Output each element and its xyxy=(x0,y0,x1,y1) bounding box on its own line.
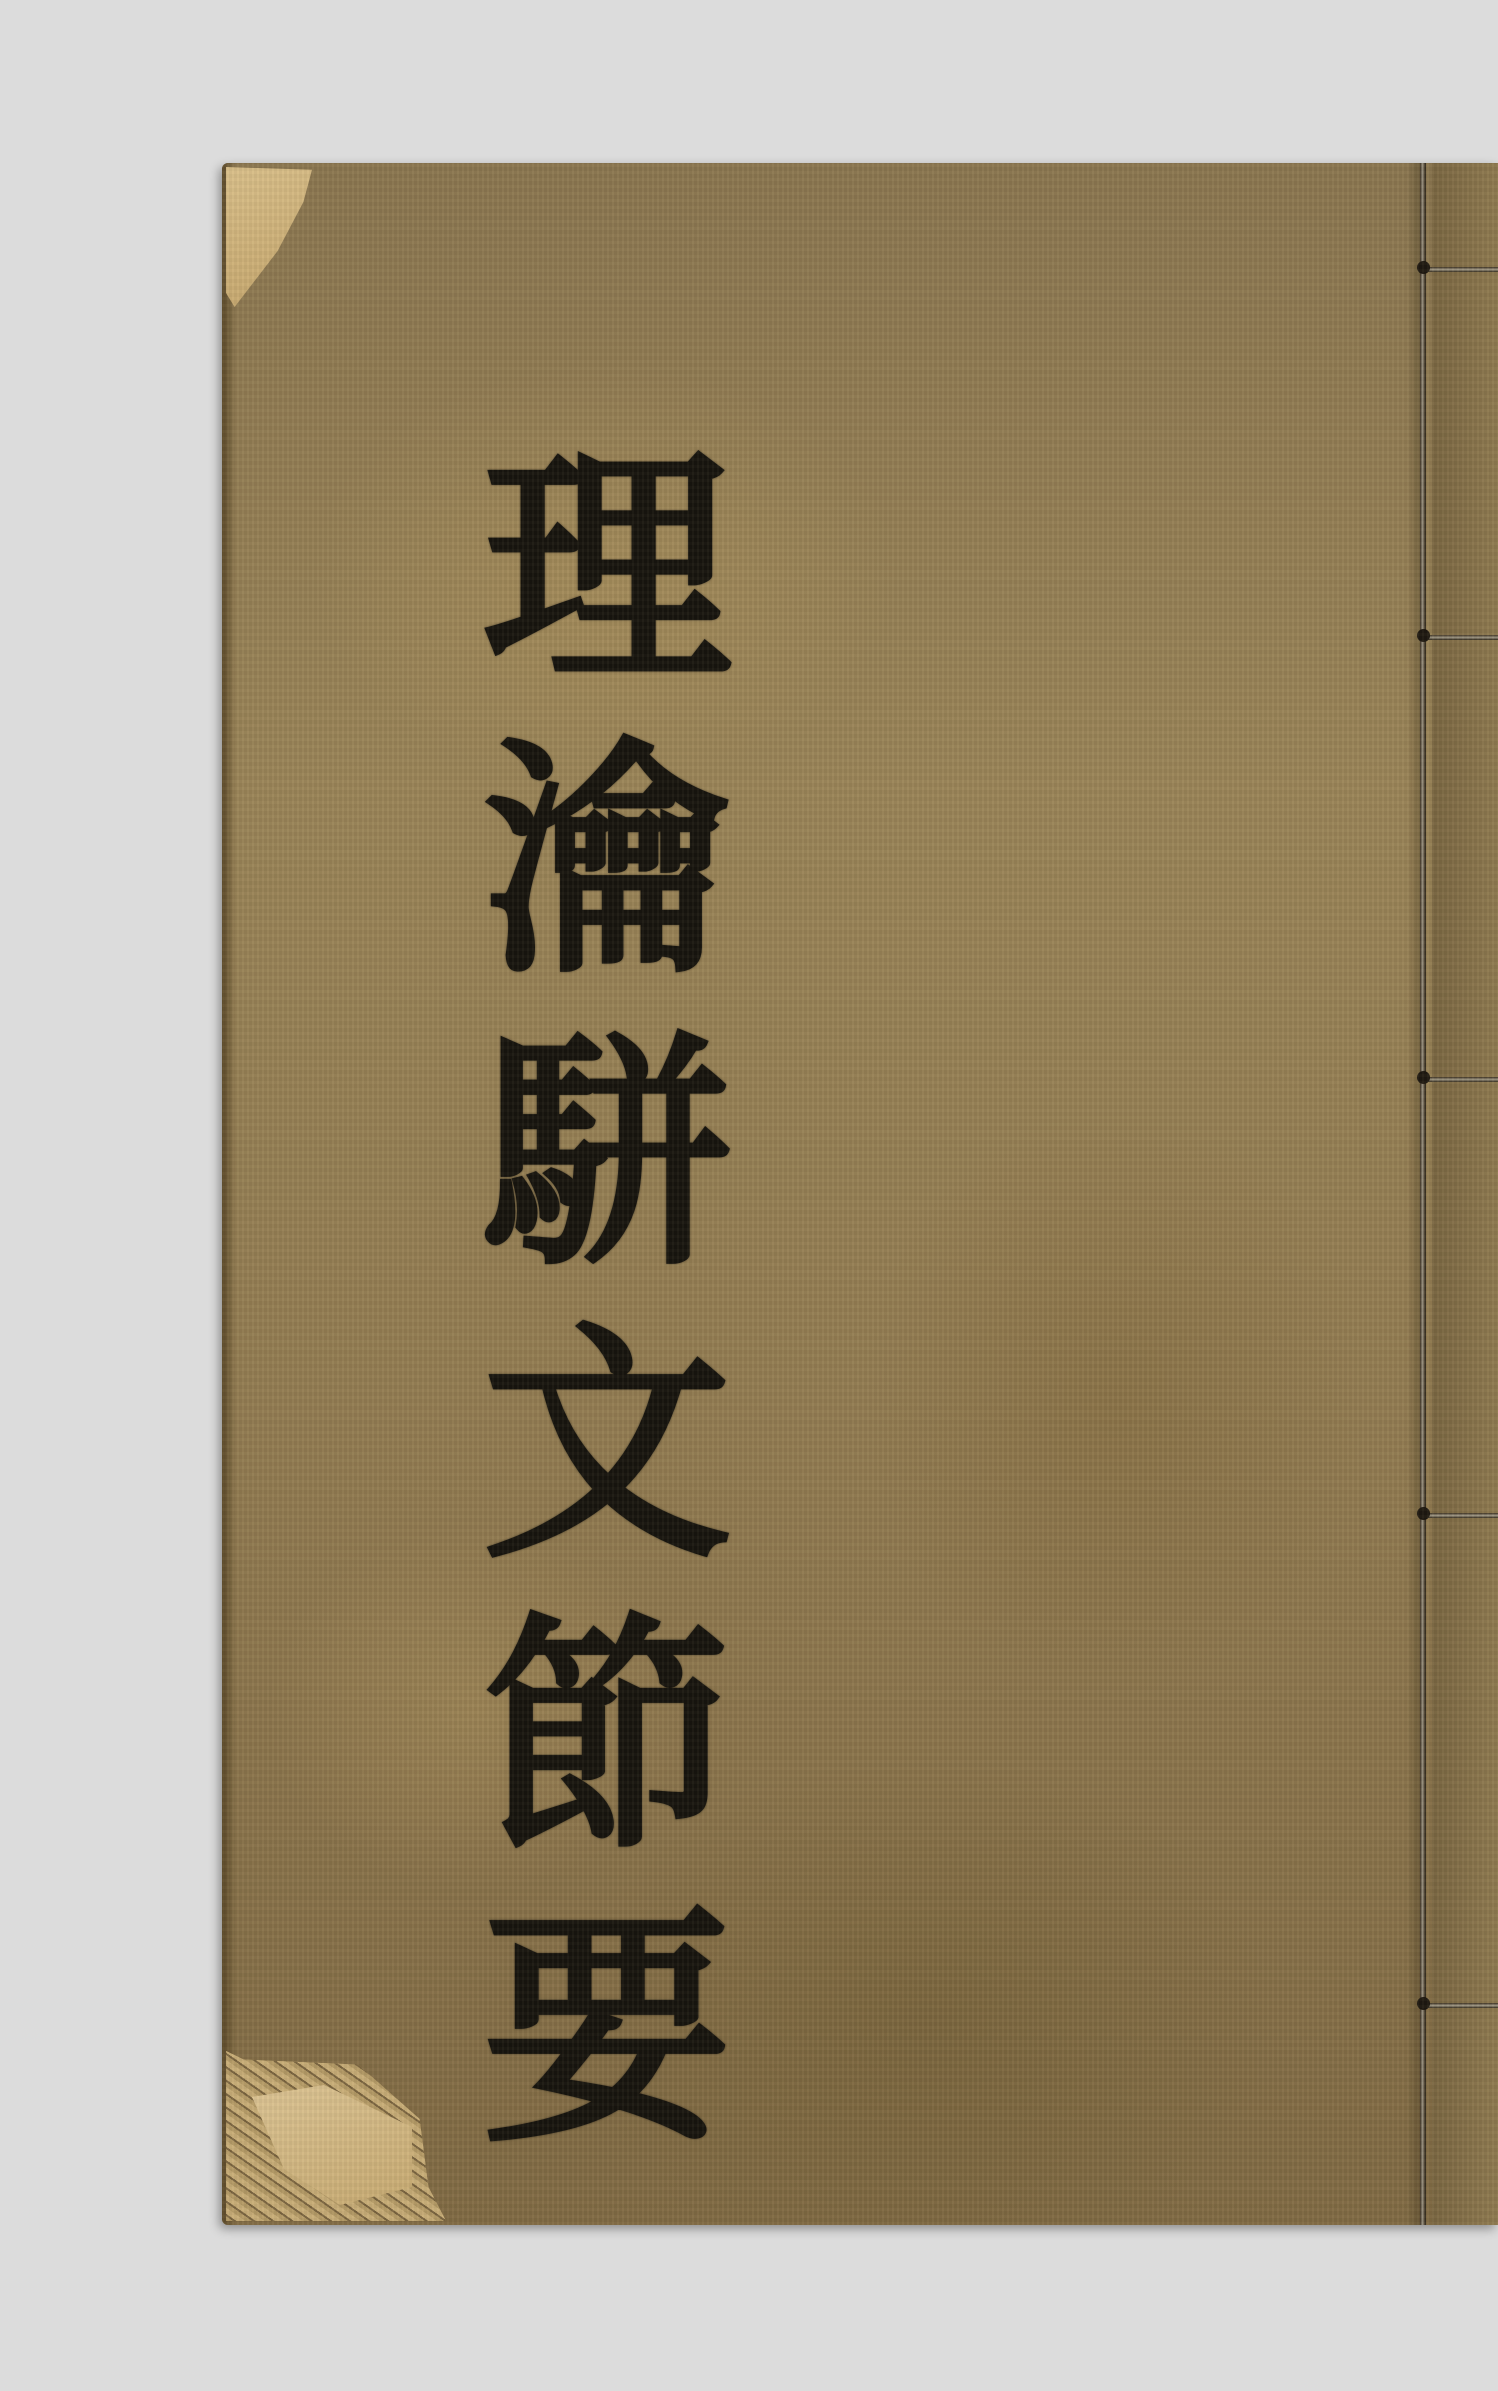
worn-corner-top xyxy=(226,167,312,307)
title-char: 文 xyxy=(482,1299,732,1591)
binding-stitch xyxy=(1425,2003,1498,2008)
binding-knot xyxy=(1417,1071,1430,1084)
binding-thread-vertical xyxy=(1420,163,1426,2225)
book-cover: 理 瀹 駢 文 節 要 xyxy=(222,163,1498,2225)
vertical-title: 理 瀹 駢 文 節 要 xyxy=(457,423,757,2175)
title-char: 節 xyxy=(482,1591,732,1883)
title-char: 理 xyxy=(482,423,732,715)
binding-knot xyxy=(1417,1997,1430,2010)
title-char: 瀹 xyxy=(482,715,732,1007)
binding-stitch xyxy=(1425,1077,1498,1082)
binding-knot xyxy=(1417,629,1430,642)
binding-stitch xyxy=(1425,267,1498,272)
spine-fold-shadow xyxy=(1407,163,1421,2225)
binding-stitch xyxy=(1425,635,1498,640)
binding-knot xyxy=(1417,261,1430,274)
binding-knot xyxy=(1417,1507,1430,1520)
binding-stitch xyxy=(1425,1513,1498,1518)
cover-left-edge xyxy=(222,163,236,2225)
title-char: 要 xyxy=(482,1883,732,2175)
spine-strip xyxy=(1432,163,1498,2225)
title-char: 駢 xyxy=(482,1007,732,1299)
